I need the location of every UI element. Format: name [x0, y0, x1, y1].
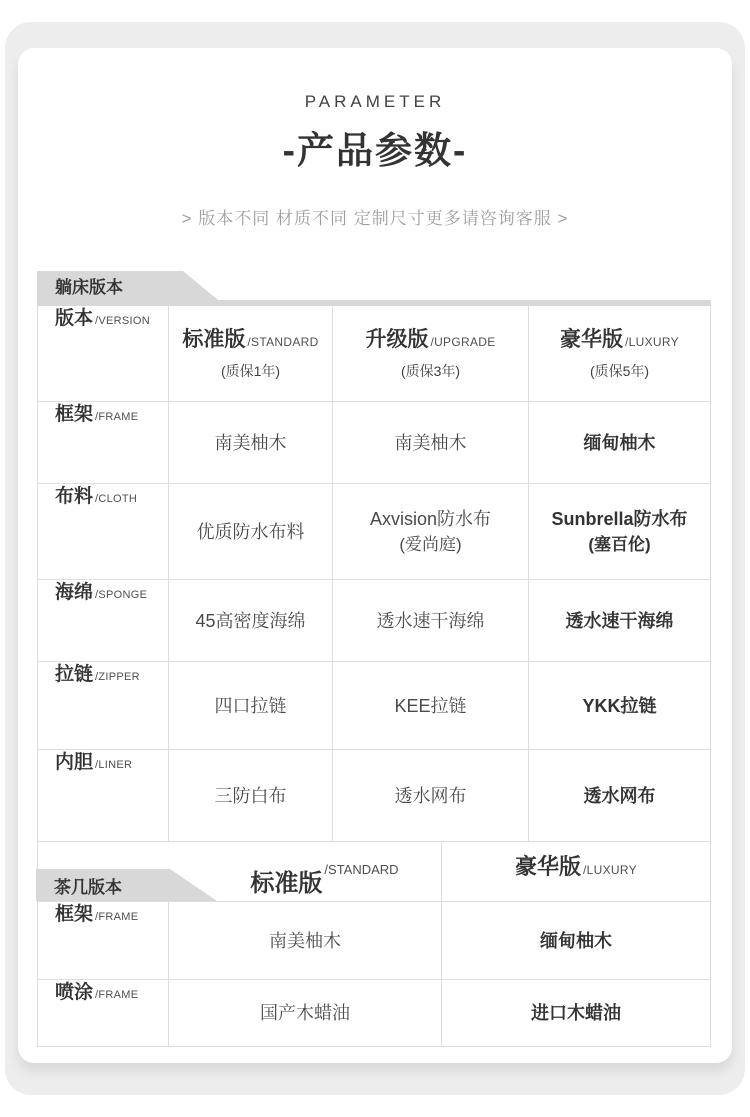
column-header-luxury: 豪华版 /LUXURY (质保5年) [529, 306, 710, 402]
version-label-cn: 版本 [55, 306, 93, 332]
tab-bed-version-label: 躺床版本 [55, 273, 123, 298]
table-cell: 国产木蜡油 [169, 980, 442, 1047]
column-header-luxury: 豪华版 /LUXURY [442, 842, 710, 902]
table-cell: Sunbrella防水布 (塞百伦) [529, 484, 710, 580]
bed-version-table: 版本 /VERSION 标准版 /STANDARD (质保1年) 升级版 /UP… [37, 306, 711, 842]
row-label-coating: 喷涂 /FRAME [38, 980, 169, 1047]
cell-subtext: (塞百伦) [588, 532, 650, 558]
table-cell: 四口拉链 [169, 662, 333, 750]
tab-tea-version-label: 茶几版本 [54, 873, 122, 898]
bed-version-section: 躺床版本 版本 /VERSION 标准版 /STANDARD (质保1年) [37, 271, 711, 842]
table-cell: 缅甸柚木 [529, 402, 710, 484]
table-cell: 透水网布 [333, 750, 529, 842]
row-label-liner: 内胆 /LINER [38, 750, 169, 842]
content-card: PARAMETER -产品参数- > 版本不同 材质不同 定制尺寸更多请咨询客服… [18, 48, 732, 1063]
tea-table-section: 茶几版本 标准版 /STANDARD 豪华版 /LUXURY 框 [37, 842, 711, 1047]
table-cell: 三防白布 [169, 750, 333, 842]
table-cell: 缅甸柚木 [442, 902, 710, 980]
table-cell: KEE拉链 [333, 662, 529, 750]
table-cell: Axvision防水布 (爱尚庭) [333, 484, 529, 580]
page-title: -产品参数- [18, 120, 732, 174]
cell-subtext: (爱尚庭) [399, 532, 461, 558]
warranty-note: (质保5年) [590, 362, 649, 380]
table-cell: 透水速干海绵 [529, 580, 710, 662]
table-cell: 南美柚木 [169, 402, 333, 484]
table-cell: 南美柚木 [333, 402, 529, 484]
row-label-sponge: 海绵 /SPONGE [38, 580, 169, 662]
row-label-frame: 框架 /FRAME [38, 402, 169, 484]
column-header-standard: 标准版 /STANDARD (质保1年) [169, 306, 333, 402]
table-cell: 45高密度海绵 [169, 580, 333, 662]
column-header-upgrade: 升级版 /UPGRADE (质保3年) [333, 306, 529, 402]
tab-bed-version: 躺床版本 [37, 271, 218, 300]
warranty-note: (质保1年) [221, 362, 280, 380]
row-label-frame: 框架 /FRAME [38, 902, 169, 980]
table-cell: 透水网布 [529, 750, 710, 842]
eyebrow-text: PARAMETER [18, 92, 732, 112]
page-subtitle: > 版本不同 材质不同 定制尺寸更多请咨询客服 > [18, 204, 732, 229]
table-cell: 优质防水布料 [169, 484, 333, 580]
table-cell: 进口木蜡油 [442, 980, 710, 1047]
row-label-cloth: 布料 /CLOTH [38, 484, 169, 580]
warranty-note: (质保3年) [401, 362, 460, 380]
row-label-zipper: 拉链 /ZIPPER [38, 662, 169, 750]
page-panel: PARAMETER -产品参数- > 版本不同 材质不同 定制尺寸更多请咨询客服… [5, 22, 745, 1095]
table-cell: 透水速干海绵 [333, 580, 529, 662]
table-cell: 南美柚木 [169, 902, 442, 980]
table-cell: YKK拉链 [529, 662, 710, 750]
version-label-en: /VERSION [95, 308, 150, 334]
column-header-version: 版本 /VERSION [38, 306, 169, 402]
